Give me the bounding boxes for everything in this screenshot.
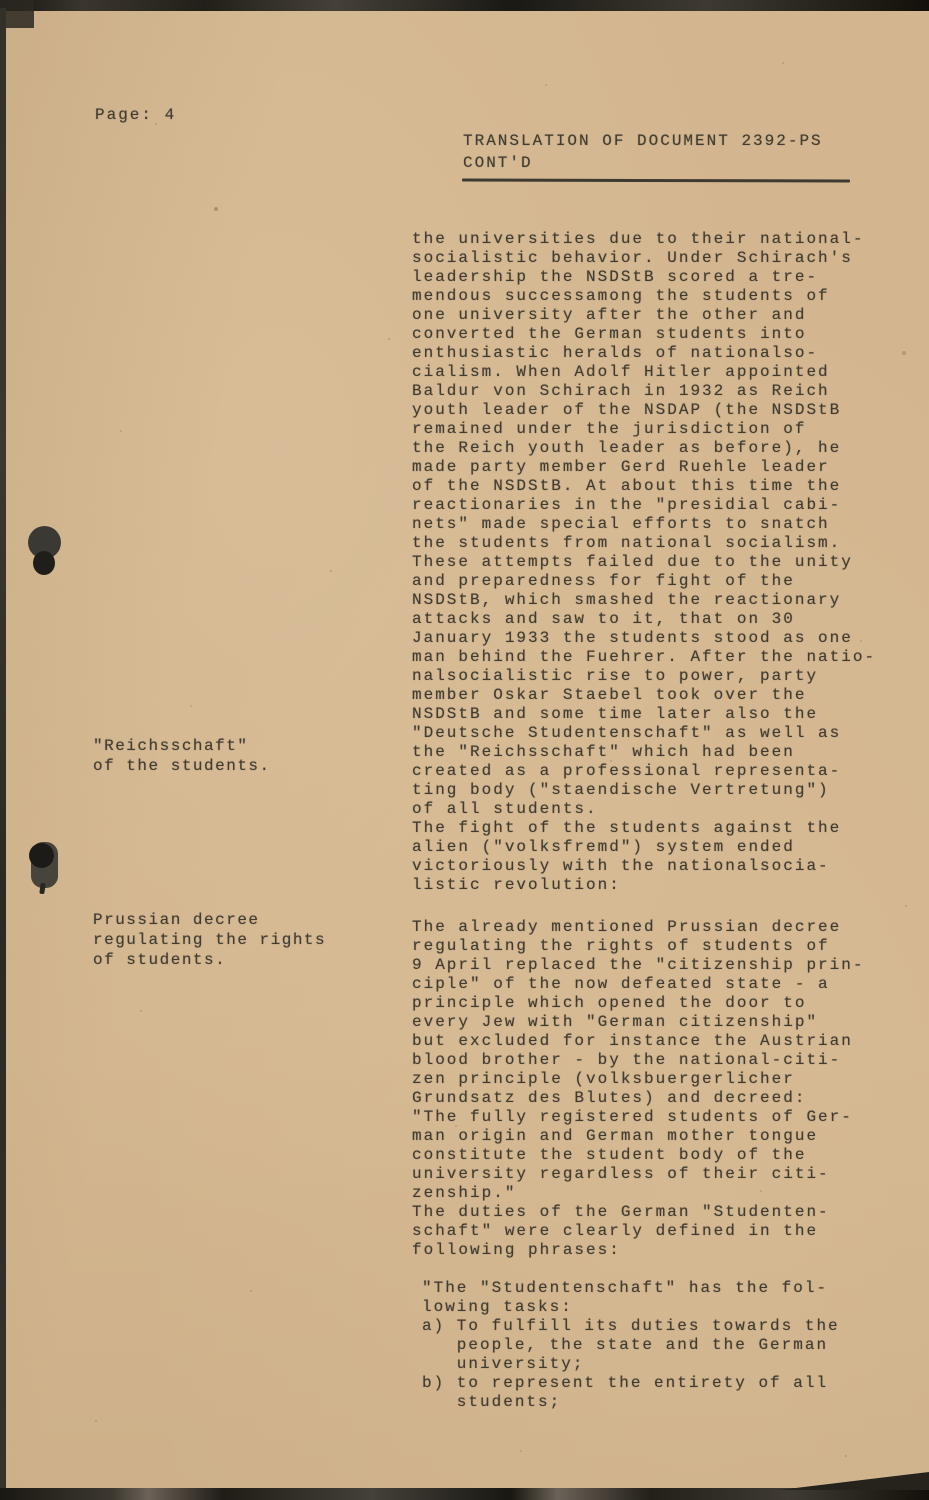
text-line: listic revolution: bbox=[412, 876, 876, 895]
text-line: These attempts failed due to the unity bbox=[412, 553, 876, 572]
text-line: reactionaries in the "presidial cabi- bbox=[412, 496, 876, 515]
text-line: university regardless of their citi- bbox=[412, 1165, 876, 1184]
scan-edge-left bbox=[0, 8, 6, 1500]
text-line: youth leader of the NSDAP (the NSDStB bbox=[412, 401, 876, 420]
document-header: TRANSLATION OF DOCUMENT 2392-PS CONT'D bbox=[463, 130, 823, 174]
text-line: converted the German students into bbox=[412, 325, 876, 344]
text-line: mendous successamong the students of bbox=[412, 287, 876, 306]
paper-corner-cut bbox=[779, 1472, 929, 1490]
text-line: but excluded for instance the Austrian bbox=[412, 1032, 876, 1051]
text-line: victoriously with the nationalsocia- bbox=[412, 857, 876, 876]
text-line: following phrases: bbox=[412, 1241, 876, 1260]
text-line: people, the state and the German bbox=[422, 1336, 876, 1355]
text-line: Baldur von Schirach in 1932 as Reich bbox=[412, 382, 876, 401]
text-line: created as a professional representa- bbox=[412, 762, 876, 781]
text-line: leadership the NSDStB scored a tre- bbox=[412, 268, 876, 287]
text-line: of the students. bbox=[93, 756, 271, 776]
text-line: member Oskar Staebel took over the bbox=[412, 686, 876, 705]
body-text-column: the universities due to their national-s… bbox=[412, 230, 876, 1412]
margin-note-reichsschaft: "Reichsschaft"of the students. bbox=[93, 736, 271, 776]
text-line: regulating the rights bbox=[93, 930, 326, 950]
text-line: "Reichsschaft" bbox=[93, 736, 271, 756]
text-line: nets" made special efforts to snatch bbox=[412, 515, 876, 534]
text-line: zen principle (volksbuergerlicher bbox=[412, 1070, 876, 1089]
text-line: lowing tasks: bbox=[422, 1298, 876, 1317]
text-line: man behind the Fuehrer. After the natio- bbox=[412, 648, 876, 667]
text-line: The duties of the German "Studenten- bbox=[412, 1203, 876, 1222]
text-line: the students from national socialism. bbox=[412, 534, 876, 553]
text-line: The fight of the students against the bbox=[412, 819, 876, 838]
text-line: remained under the jurisdiction of bbox=[412, 420, 876, 439]
text-line: Grundsatz des Blutes) and decreed: bbox=[412, 1089, 876, 1108]
text-line: of the NSDStB. At about this time the bbox=[412, 477, 876, 496]
text-line: of all students. bbox=[412, 800, 876, 819]
paragraph-nsdstb-history: the universities due to their national-s… bbox=[412, 230, 876, 895]
margin-note-prussian-decree: Prussian decreeregulating the rightsof s… bbox=[93, 910, 326, 970]
text-line: constitute the student body of the bbox=[412, 1146, 876, 1165]
text-line: ciple" of the now defeated state - a bbox=[412, 975, 876, 994]
text-line: the "Reichsschaft" which had been bbox=[412, 743, 876, 762]
text-line: the Reich youth leader as before), he bbox=[412, 439, 876, 458]
text-line: ting body ("staendische Vertretung") bbox=[412, 781, 876, 800]
text-line: university; bbox=[422, 1355, 876, 1374]
text-line: Prussian decree bbox=[93, 910, 326, 930]
text-line: one university after the other and bbox=[412, 306, 876, 325]
text-line: of students. bbox=[93, 950, 326, 970]
quote-block-studentenschaft-tasks: "The "Studentenschaft" has the fol-lowin… bbox=[422, 1279, 876, 1412]
text-line: made party member Gerd Ruehle leader bbox=[412, 458, 876, 477]
text-line: 9 April replaced the "citizenship prin- bbox=[412, 956, 876, 975]
document-header-contd: CONT'D bbox=[463, 152, 823, 174]
paragraph-prussian-decree: The already mentioned Prussian decreereg… bbox=[412, 918, 876, 1260]
text-line: students; bbox=[422, 1393, 876, 1412]
text-line: blood brother - by the national-citi- bbox=[412, 1051, 876, 1070]
text-line: schaft" were clearly defined in the bbox=[412, 1222, 876, 1241]
text-line: cialism. When Adolf Hitler appointed bbox=[412, 363, 876, 382]
text-line: man origin and German mother tongue bbox=[412, 1127, 876, 1146]
text-line: alien ("volksfremd") system ended bbox=[412, 838, 876, 857]
text-line: socialistic behavior. Under Schirach's bbox=[412, 249, 876, 268]
hole-punch-mark-top-core bbox=[33, 551, 55, 575]
text-line: principle which opened the door to bbox=[412, 994, 876, 1013]
text-line: "The "Studentenschaft" has the fol- bbox=[422, 1279, 876, 1298]
text-line: "Deutsche Studentenschaft" as well as bbox=[412, 724, 876, 743]
text-line: "The fully registered students of Ger- bbox=[412, 1108, 876, 1127]
text-line: NSDStB and some time later also the bbox=[412, 705, 876, 724]
text-line: enthusiastic heralds of nationalso- bbox=[412, 344, 876, 363]
text-line: regulating the rights of students of bbox=[412, 937, 876, 956]
text-line: and preparedness for fight of the bbox=[412, 572, 876, 591]
page-number: Page: 4 bbox=[95, 106, 176, 124]
hole-punch-mark-bottom bbox=[29, 843, 54, 868]
document-header-title: TRANSLATION OF DOCUMENT 2392-PS bbox=[463, 130, 823, 152]
text-line: a) To fulfill its duties towards the bbox=[422, 1317, 876, 1336]
text-line: NSDStB, which smashed the reactionary bbox=[412, 591, 876, 610]
text-line: attacks and saw to it, that on 30 bbox=[412, 610, 876, 629]
scan-edge-top bbox=[0, 0, 929, 11]
text-line: the universities due to their national- bbox=[412, 230, 876, 249]
text-line: January 1933 the students stood as one bbox=[412, 629, 876, 648]
text-line: nalsocialistic rise to power, party bbox=[412, 667, 876, 686]
text-line: The already mentioned Prussian decree bbox=[412, 918, 876, 937]
text-line: zenship." bbox=[412, 1184, 876, 1203]
text-line: every Jew with "German citizenship" bbox=[412, 1013, 876, 1032]
text-line: b) to represent the entirety of all bbox=[422, 1374, 876, 1393]
